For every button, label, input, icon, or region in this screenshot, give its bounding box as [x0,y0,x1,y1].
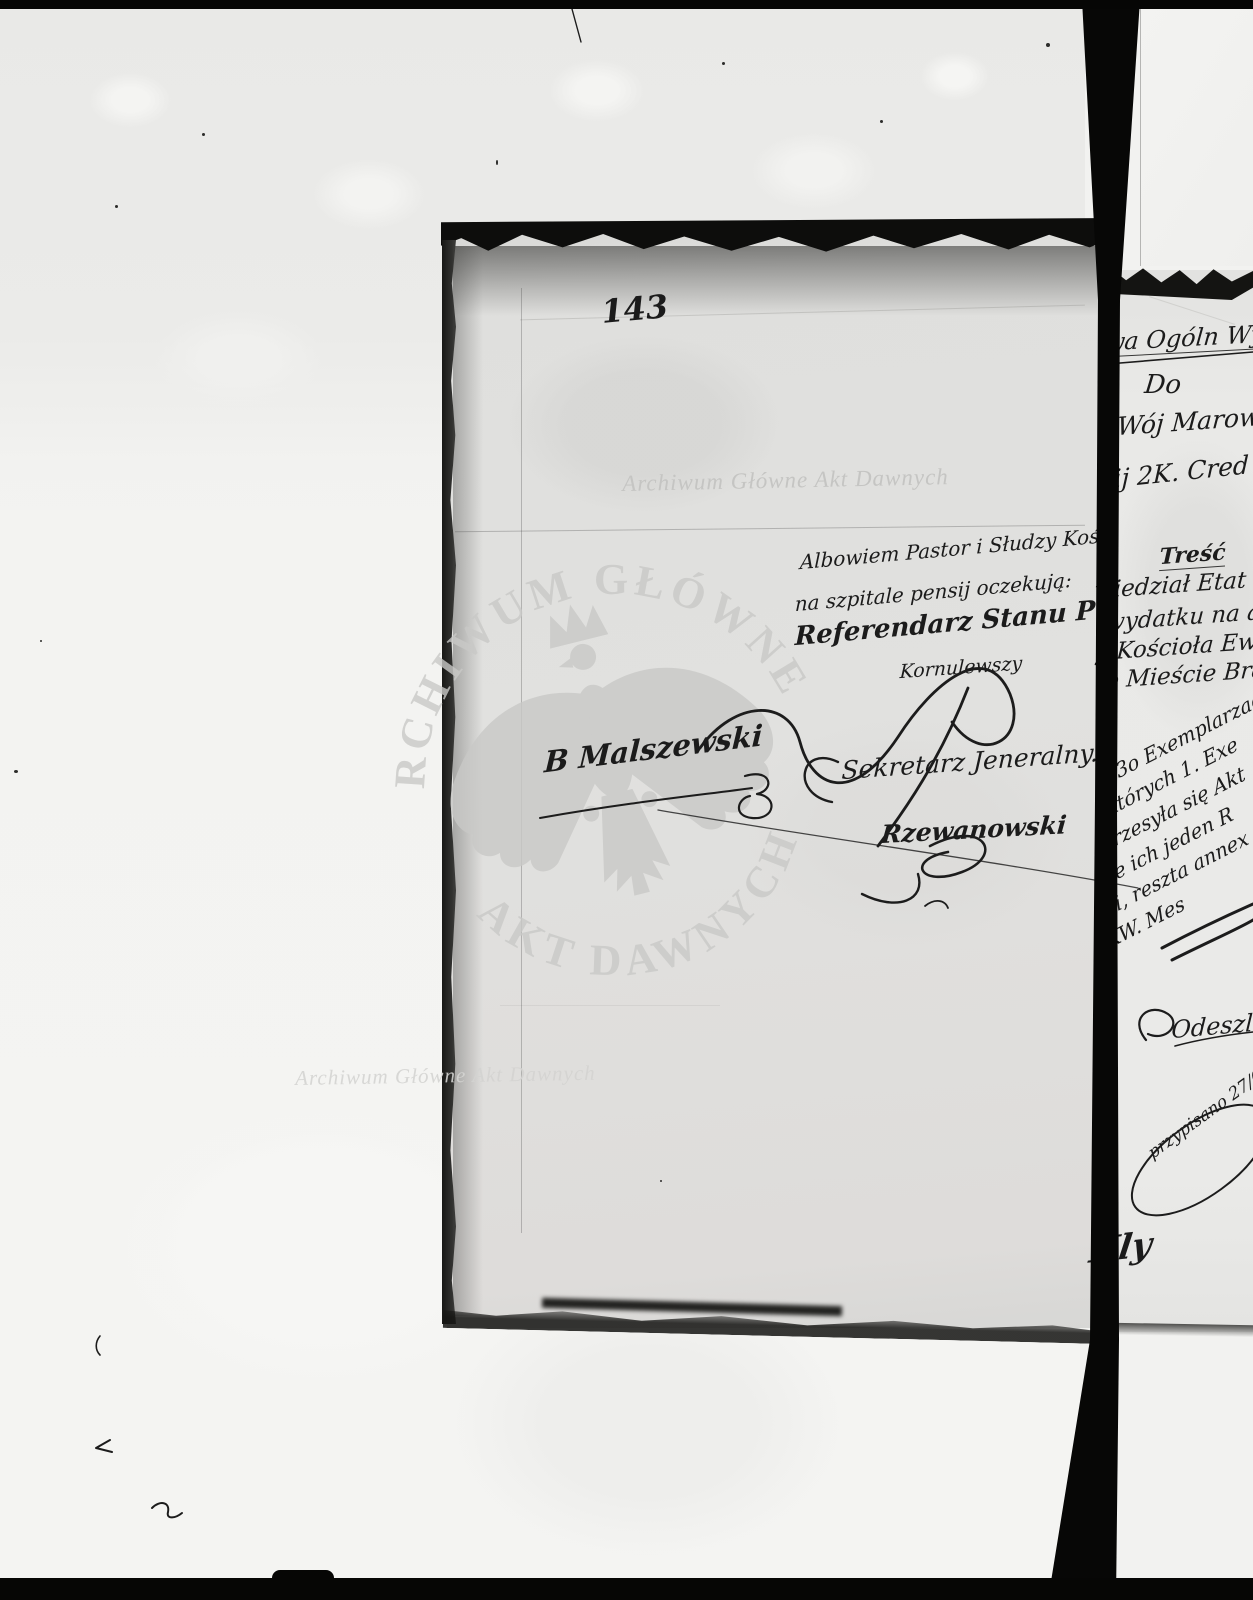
dust-speck [1046,43,1050,47]
archive-watermark-lower: Archiwum Główne Akt Dawnych [295,1063,596,1089]
film-strip-top [0,0,1253,9]
film-strip-bottom [0,1578,1253,1600]
right-subject-label: Treść [1159,541,1226,571]
dust-speck [40,640,42,642]
right-salutation: Do [1143,372,1182,398]
right-page-bottom-edge [1112,1323,1253,1337]
scorched-top-shading [447,246,1103,316]
bottom-smudge [542,1298,842,1316]
document-fragment-top-right [1140,8,1253,266]
dust-speck [880,120,883,123]
page-number: 143 [600,290,669,328]
dispatch-note: Odeszli [1171,1010,1253,1042]
right-page-crease [1149,296,1235,325]
dust-speck [115,205,118,208]
dust-speck [496,160,498,165]
dust-speck [660,1180,662,1182]
archival-scan: ARCHIWUM GŁÓWNE · AKT DAWNYCH 143 Archiw… [0,0,1253,1600]
dust-speck [202,133,205,136]
dust-speck [14,770,18,773]
dust-speck [722,62,725,65]
